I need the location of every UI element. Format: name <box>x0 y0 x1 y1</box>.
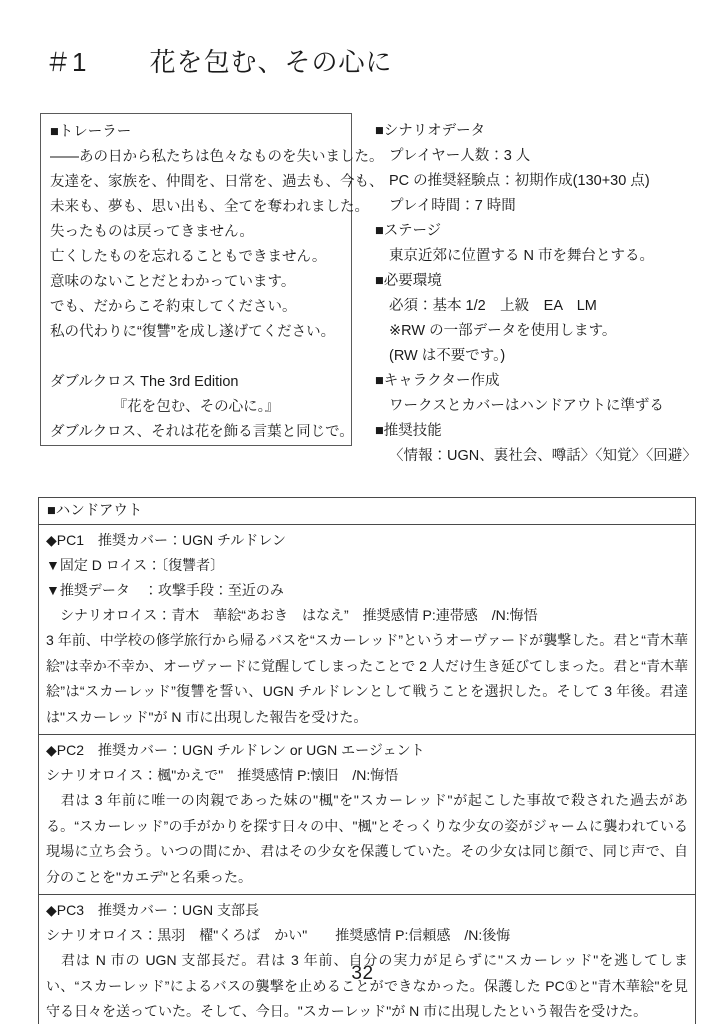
trailer-tagline: ダブルクロス、それは花を飾る言葉と同じで。 <box>50 420 342 445</box>
pc2-title: ◆PC2 推奨カバー：UGN チルドレン or UGN エージェント <box>46 738 688 763</box>
character-creation-note: ワークスとカバーはハンドアウトに準ずる <box>375 394 697 419</box>
page-number: 32 <box>0 963 725 985</box>
rw-not-needed-note: (RW は不要です。) <box>375 344 697 369</box>
trailer-line: ――あの日から私たちは色々なものを失いました。 <box>50 145 342 170</box>
document-page: ＃1花を包む、その心に ■トレーラー ――あの日から私たちは色々なものを失いまし… <box>0 0 725 1024</box>
handout-box: ■ハンドアウト ◆PC1 推奨カバー：UGN チルドレン ▼固定 D ロイス：〔… <box>38 497 696 1024</box>
handout-section-pc1: ◆PC1 推奨カバー：UGN チルドレン ▼固定 D ロイス：〔復讐者〕 ▼推奨… <box>39 525 695 734</box>
pc2-scenario-lois: シナリオロイス：楓"かえで" 推奨感情 P:懐旧 /N:悔悟 <box>46 763 688 788</box>
stage-heading: ■ステージ <box>375 219 697 244</box>
pc3-title: ◆PC3 推奨カバー：UGN 支部長 <box>46 898 688 923</box>
trailer-line: 私の代わりに“復讐”を成し遂げてください。 <box>50 320 342 345</box>
trailer-line: 未来も、夢も、思い出も、全てを奪われました。 <box>50 195 342 220</box>
pc2-body-text: 君は 3 年前に唯一の肉親であった妹の"楓"を"スカーレッド"が起こした事故で殺… <box>46 788 688 890</box>
player-count: プレイヤー人数：3 人 <box>375 144 697 169</box>
recommended-skills-heading: ■推奨技能 <box>375 419 697 444</box>
scenario-number: ＃1 <box>45 42 87 79</box>
pc3-body-text: 君は N 市の UGN 支部長だ。君は 3 年前、自分の実力が足らずに"スカーレ… <box>46 948 688 1024</box>
handout-section-pc3: ◆PC3 推奨カバー：UGN 支部長 シナリオロイス：黒羽 櫂"くろば かい" … <box>39 894 695 1024</box>
play-time: プレイ時間：7 時間 <box>375 194 697 219</box>
pc1-scenario-lois: シナリオロイス：青木 華絵“あおき はなえ” 推奨感情 P:連帯感 /N:悔悟 <box>46 603 688 628</box>
pc1-body-text: 3 年前、中学校の修学旅行から帰るバスを“スカーレッド”というオーヴァードが襲撃… <box>46 628 688 730</box>
scenario-data-heading: ■シナリオデータ <box>375 119 697 144</box>
trailer-box: ■トレーラー ――あの日から私たちは色々なものを失いました。 友達を、家族を、仲… <box>40 113 352 446</box>
pc1-title: ◆PC1 推奨カバー：UGN チルドレン <box>46 528 688 553</box>
recommended-skills-list: 〈情報：UGN、裏社会、噂話〉〈知覚〉〈回避〉 <box>375 444 697 469</box>
recommended-exp: PC の推奨経験点：初期作成(130+30 点) <box>375 169 697 194</box>
scenario-title-text: 花を包む、その心に <box>149 47 392 77</box>
trailer-blank-line <box>50 345 342 370</box>
trailer-edition-line: ダブルクロス The 3rd Edition <box>50 370 342 395</box>
trailer-line: 友達を、家族を、仲間を、日常を、過去も、今も、 <box>50 170 342 195</box>
trailer-line: でも、だからこそ約束してください。 <box>50 295 342 320</box>
character-creation-heading: ■キャラクター作成 <box>375 369 697 394</box>
page-title: ＃1花を包む、その心に <box>45 42 392 79</box>
pc1-recommended-data: ▼推奨データ ：攻撃手段：至近のみ <box>46 578 688 603</box>
pc3-scenario-lois: シナリオロイス：黒羽 櫂"くろば かい" 推奨感情 P:信頼感 /N:後悔 <box>46 923 688 948</box>
handout-section-pc2: ◆PC2 推奨カバー：UGN チルドレン or UGN エージェント シナリオロ… <box>39 734 695 894</box>
trailer-scenario-title-line: 『花を包む、その心に。』 <box>50 395 342 420</box>
required-env-heading: ■必要環境 <box>375 269 697 294</box>
trailer-line: 意味のないことだとわかっています。 <box>50 270 342 295</box>
trailer-line: 亡くしたものを忘れることもできません。 <box>50 245 342 270</box>
handout-heading: ■ハンドアウト <box>39 498 695 525</box>
scenario-data-column: ■シナリオデータ プレイヤー人数：3 人 PC の推奨経験点：初期作成(130+… <box>375 113 697 469</box>
rw-note: ※RW の一部データを使用します。 <box>375 319 697 344</box>
trailer-heading: ■トレーラー <box>50 120 342 145</box>
trailer-line: 失ったものは戻ってきません。 <box>50 220 342 245</box>
stage-description: 東京近郊に位置する N 市を舞台とする。 <box>375 244 697 269</box>
pc1-fixed-dlois: ▼固定 D ロイス：〔復讐者〕 <box>46 553 688 578</box>
required-books: 必須：基本 1/2 上級 EA LM <box>375 294 697 319</box>
